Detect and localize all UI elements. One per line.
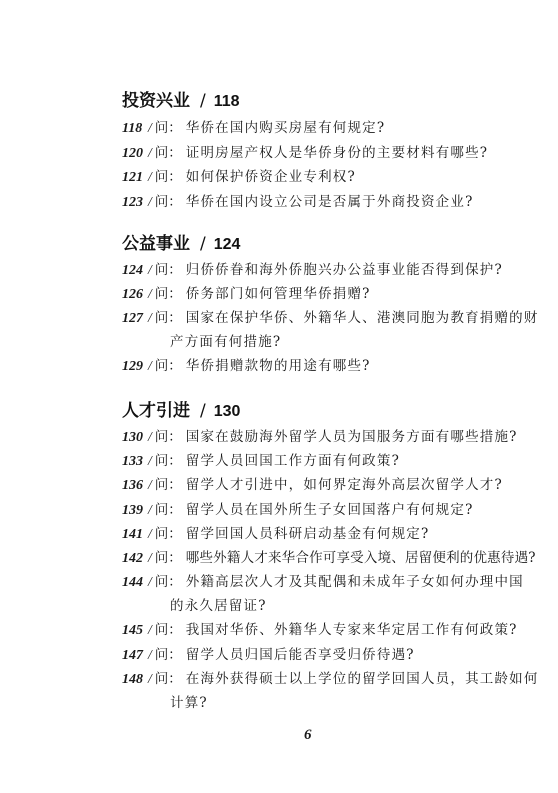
entry-q-label: 问 (155, 262, 169, 278)
entry-text: 哪些外籍人才来华合作可享受入境、居留便利的优惠待遇? (186, 550, 536, 566)
section-separator: / (200, 234, 206, 254)
entry-colon: ： (168, 550, 182, 566)
entry-text: 留学人员回国工作方面有何政策? (186, 453, 400, 469)
toc-entry[interactable]: 133/问：留学人员回国工作方面有何政策? (122, 453, 400, 470)
entry-page: 123 (122, 195, 148, 211)
entry-page: 124 (122, 263, 148, 279)
entry-q-label: 问 (155, 358, 169, 374)
entry-page: 144 (122, 575, 148, 591)
entry-text: 在海外获得硕士以上学位的留学回国人员，其工龄如何 (186, 671, 539, 687)
toc-entry[interactable]: 123/问：华侨在国内设立公司是否属于外商投资企业? (122, 194, 474, 211)
entry-text: 侨务部门如何管理华侨捐赠? (186, 286, 371, 302)
entry-page: 130 (122, 430, 148, 446)
entry-text: 外籍高层次人才及其配偶和未成年子女如何办理中国 (186, 574, 524, 590)
entry-slash: / (148, 622, 152, 637)
entry-colon: ： (168, 120, 182, 136)
entry-colon: ： (168, 358, 182, 374)
entry-q-label: 问 (155, 477, 169, 493)
entry-page: 133 (122, 454, 148, 470)
entry-continuation: 计算? (170, 695, 208, 711)
entry-text: 留学人员归国后能否享受归侨待遇? (186, 647, 415, 663)
toc-entry[interactable]: 124/问：归侨侨眷和海外侨胞兴办公益事业能否得到保护? (122, 262, 503, 279)
toc-entry[interactable]: 127/问：国家在保护华侨、外籍华人、港澳同胞为教育捐赠的财 (122, 310, 539, 327)
entry-colon: ： (168, 310, 182, 326)
entry-colon: ： (168, 574, 182, 590)
entry-q-label: 问 (155, 526, 169, 542)
section-title: 公益事业 (122, 234, 190, 254)
entry-slash: / (148, 194, 152, 209)
entry-page: 121 (122, 170, 148, 186)
toc-page: 投资兴业/118 118/问：华侨在国内购买房屋有何规定? 120/问：证明房屋… (0, 0, 558, 793)
entry-text: 我国对华侨、外籍华人专家来华定居工作有何政策? (186, 622, 518, 638)
entry-continuation: 的永久居留证? (170, 598, 267, 614)
entry-text: 归侨侨眷和海外侨胞兴办公益事业能否得到保护? (186, 262, 503, 278)
entry-slash: / (148, 477, 152, 492)
entry-q-label: 问 (155, 286, 169, 302)
section-heading-talent: 人才引进/130 (122, 401, 240, 422)
entry-slash: / (148, 550, 152, 565)
entry-text: 留学人员在国外所生子女回国落户有何规定? (186, 502, 474, 518)
section-title: 投资兴业 (122, 91, 190, 111)
entry-colon: ： (168, 526, 182, 542)
entry-page: 145 (122, 623, 148, 639)
entry-q-label: 问 (155, 310, 169, 326)
section-heading-investment: 投资兴业/118 (122, 91, 240, 112)
entry-colon: ： (168, 145, 182, 161)
entry-q-label: 问 (155, 671, 169, 687)
entry-text: 华侨在国内购买房屋有何规定? (186, 120, 386, 136)
toc-entry[interactable]: 130/问：国家在鼓励海外留学人员为国服务方面有哪些措施? (122, 429, 518, 446)
entry-q-label: 问 (155, 647, 169, 663)
toc-entry[interactable]: 136/问：留学人才引进中，如何界定海外高层次留学人才? (122, 477, 503, 494)
entry-text: 国家在鼓励海外留学人员为国服务方面有哪些措施? (186, 429, 518, 445)
entry-q-label: 问 (155, 550, 169, 566)
entry-continuation: 产方面有何措施? (170, 334, 281, 350)
entry-colon: ： (168, 477, 182, 493)
entry-page: 148 (122, 672, 148, 688)
entry-slash: / (148, 169, 152, 184)
entry-colon: ： (168, 671, 182, 687)
entry-text: 华侨捐赠款物的用途有哪些? (186, 358, 371, 374)
section-heading-public-welfare: 公益事业/124 (122, 234, 240, 255)
entry-page: 127 (122, 311, 148, 327)
entry-q-label: 问 (155, 169, 169, 185)
entry-page: 147 (122, 648, 148, 664)
entry-text: 如何保护侨资企业专利权? (186, 169, 356, 185)
toc-entry[interactable]: 118/问：华侨在国内购买房屋有何规定? (122, 120, 385, 137)
entry-page: 129 (122, 359, 148, 375)
entry-q-label: 问 (155, 453, 169, 469)
entry-text: 留学回国人员科研启动基金有何规定? (186, 526, 430, 542)
entry-page: 120 (122, 146, 148, 162)
toc-entry[interactable]: 142/问：哪些外籍人才来华合作可享受入境、居留便利的优惠待遇? (122, 550, 536, 567)
toc-entry[interactable]: 148/问：在海外获得硕士以上学位的留学回国人员，其工龄如何 (122, 671, 539, 688)
entry-slash: / (148, 502, 152, 517)
entry-page: 136 (122, 478, 148, 494)
section-page: 130 (214, 403, 241, 420)
entry-slash: / (148, 120, 152, 135)
entry-slash: / (148, 671, 152, 686)
entry-colon: ： (168, 647, 182, 663)
section-separator: / (200, 91, 206, 111)
entry-colon: ： (168, 429, 182, 445)
section-separator: / (200, 401, 206, 421)
entry-colon: ： (168, 286, 182, 302)
entry-slash: / (148, 526, 152, 541)
section-title: 人才引进 (122, 401, 190, 421)
toc-entry[interactable]: 145/问：我国对华侨、外籍华人专家来华定居工作有何政策? (122, 622, 518, 639)
entry-q-label: 问 (155, 120, 169, 136)
entry-text: 国家在保护华侨、外籍华人、港澳同胞为教育捐赠的财 (186, 310, 539, 326)
toc-entry[interactable]: 139/问：留学人员在国外所生子女回国落户有何规定? (122, 502, 474, 519)
toc-entry[interactable]: 120/问：证明房屋产权人是华侨身份的主要材料有哪些? (122, 145, 488, 162)
toc-entry[interactable]: 141/问：留学回国人员科研启动基金有何规定? (122, 526, 429, 543)
entry-colon: ： (168, 169, 182, 185)
entry-slash: / (148, 453, 152, 468)
entry-text: 留学人才引进中，如何界定海外高层次留学人才? (186, 477, 503, 493)
entry-page: 141 (122, 527, 148, 543)
entry-colon: ： (168, 502, 182, 518)
entry-slash: / (148, 358, 152, 373)
entry-slash: / (148, 286, 152, 301)
entry-text: 华侨在国内设立公司是否属于外商投资企业? (186, 194, 474, 210)
entry-q-label: 问 (155, 622, 169, 638)
entry-page: 118 (122, 121, 148, 137)
entry-page: 142 (122, 551, 148, 567)
entry-slash: / (148, 262, 152, 277)
entry-slash: / (148, 429, 152, 444)
entry-colon: ： (168, 622, 182, 638)
page-number: 6 (304, 727, 312, 744)
entry-page: 139 (122, 503, 148, 519)
entry-colon: ： (168, 262, 182, 278)
entry-text: 证明房屋产权人是华侨身份的主要材料有哪些? (186, 145, 488, 161)
entry-slash: / (148, 574, 152, 589)
toc-entry[interactable]: 121/问：如何保护侨资企业专利权? (122, 169, 356, 186)
entry-slash: / (148, 145, 152, 160)
entry-slash: / (148, 310, 152, 325)
entry-colon: ： (168, 453, 182, 469)
entry-q-label: 问 (155, 502, 169, 518)
toc-entry[interactable]: 129/问：华侨捐赠款物的用途有哪些? (122, 358, 371, 375)
entry-slash: / (148, 647, 152, 662)
section-page: 124 (214, 236, 241, 253)
entry-colon: ： (168, 194, 182, 210)
entry-q-label: 问 (155, 194, 169, 210)
section-page: 118 (214, 93, 240, 110)
entry-page: 126 (122, 287, 148, 303)
entry-q-label: 问 (155, 429, 169, 445)
toc-entry[interactable]: 144/问：外籍高层次人才及其配偶和未成年子女如何办理中国 (122, 574, 524, 591)
toc-entry[interactable]: 147/问：留学人员归国后能否享受归侨待遇? (122, 647, 415, 664)
entry-q-label: 问 (155, 574, 169, 590)
toc-entry[interactable]: 126/问：侨务部门如何管理华侨捐赠? (122, 286, 371, 303)
entry-q-label: 问 (155, 145, 169, 161)
